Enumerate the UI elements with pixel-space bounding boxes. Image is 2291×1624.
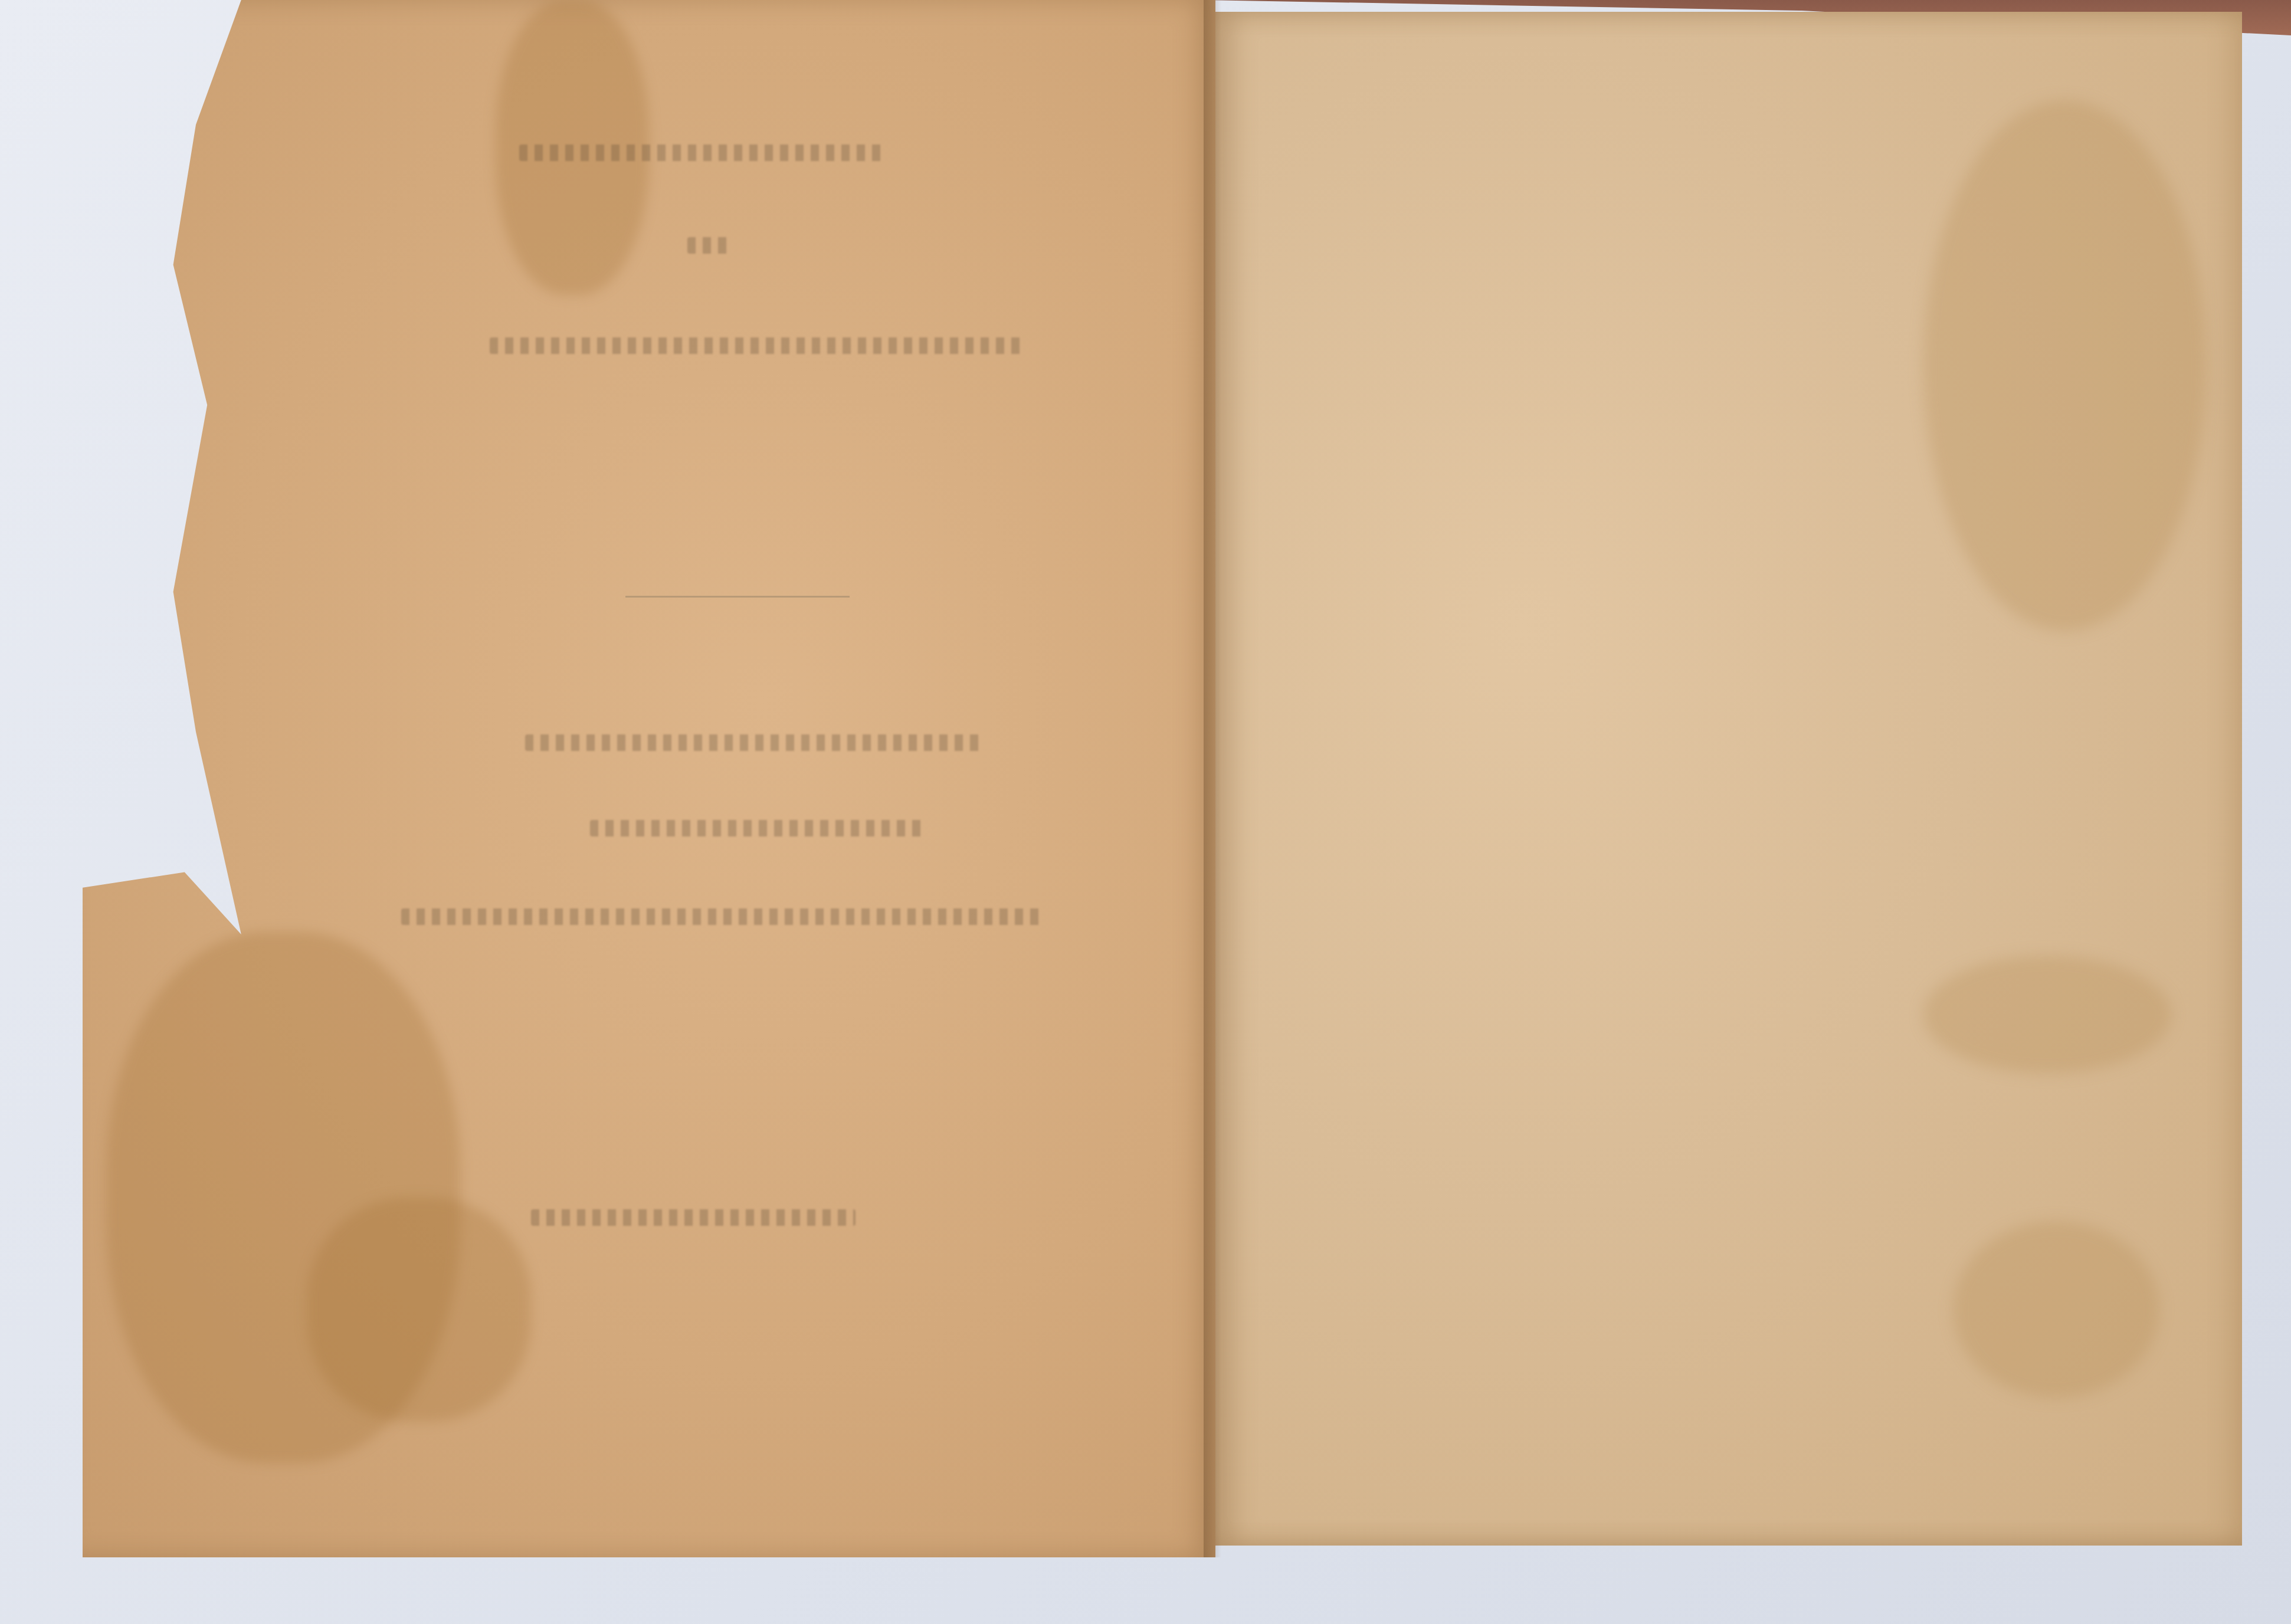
book-spine-shadow <box>1204 0 1221 1557</box>
show-through-rule <box>625 596 850 598</box>
right-page <box>1215 12 2242 1546</box>
show-through-text-line: (mirrored, illegible) <box>490 337 1021 354</box>
water-stain <box>307 1198 531 1422</box>
show-through-text-line: (mirrored, illegible) <box>687 237 729 254</box>
show-through-text-line: (mirrored, illegible) <box>401 908 1044 925</box>
show-through-text-line: (mirrored, illegible) <box>531 1209 856 1226</box>
water-stain <box>1923 100 2207 631</box>
show-through-text-line: (mirrored, illegible) <box>525 734 979 751</box>
show-through-text-line: (mirrored, illegible) <box>590 820 923 836</box>
show-through-text-line: (mirrored, illegible) <box>519 145 885 161</box>
left-page <box>83 0 1215 1557</box>
water-stain <box>1953 1221 2159 1398</box>
water-stain <box>1923 956 2171 1074</box>
